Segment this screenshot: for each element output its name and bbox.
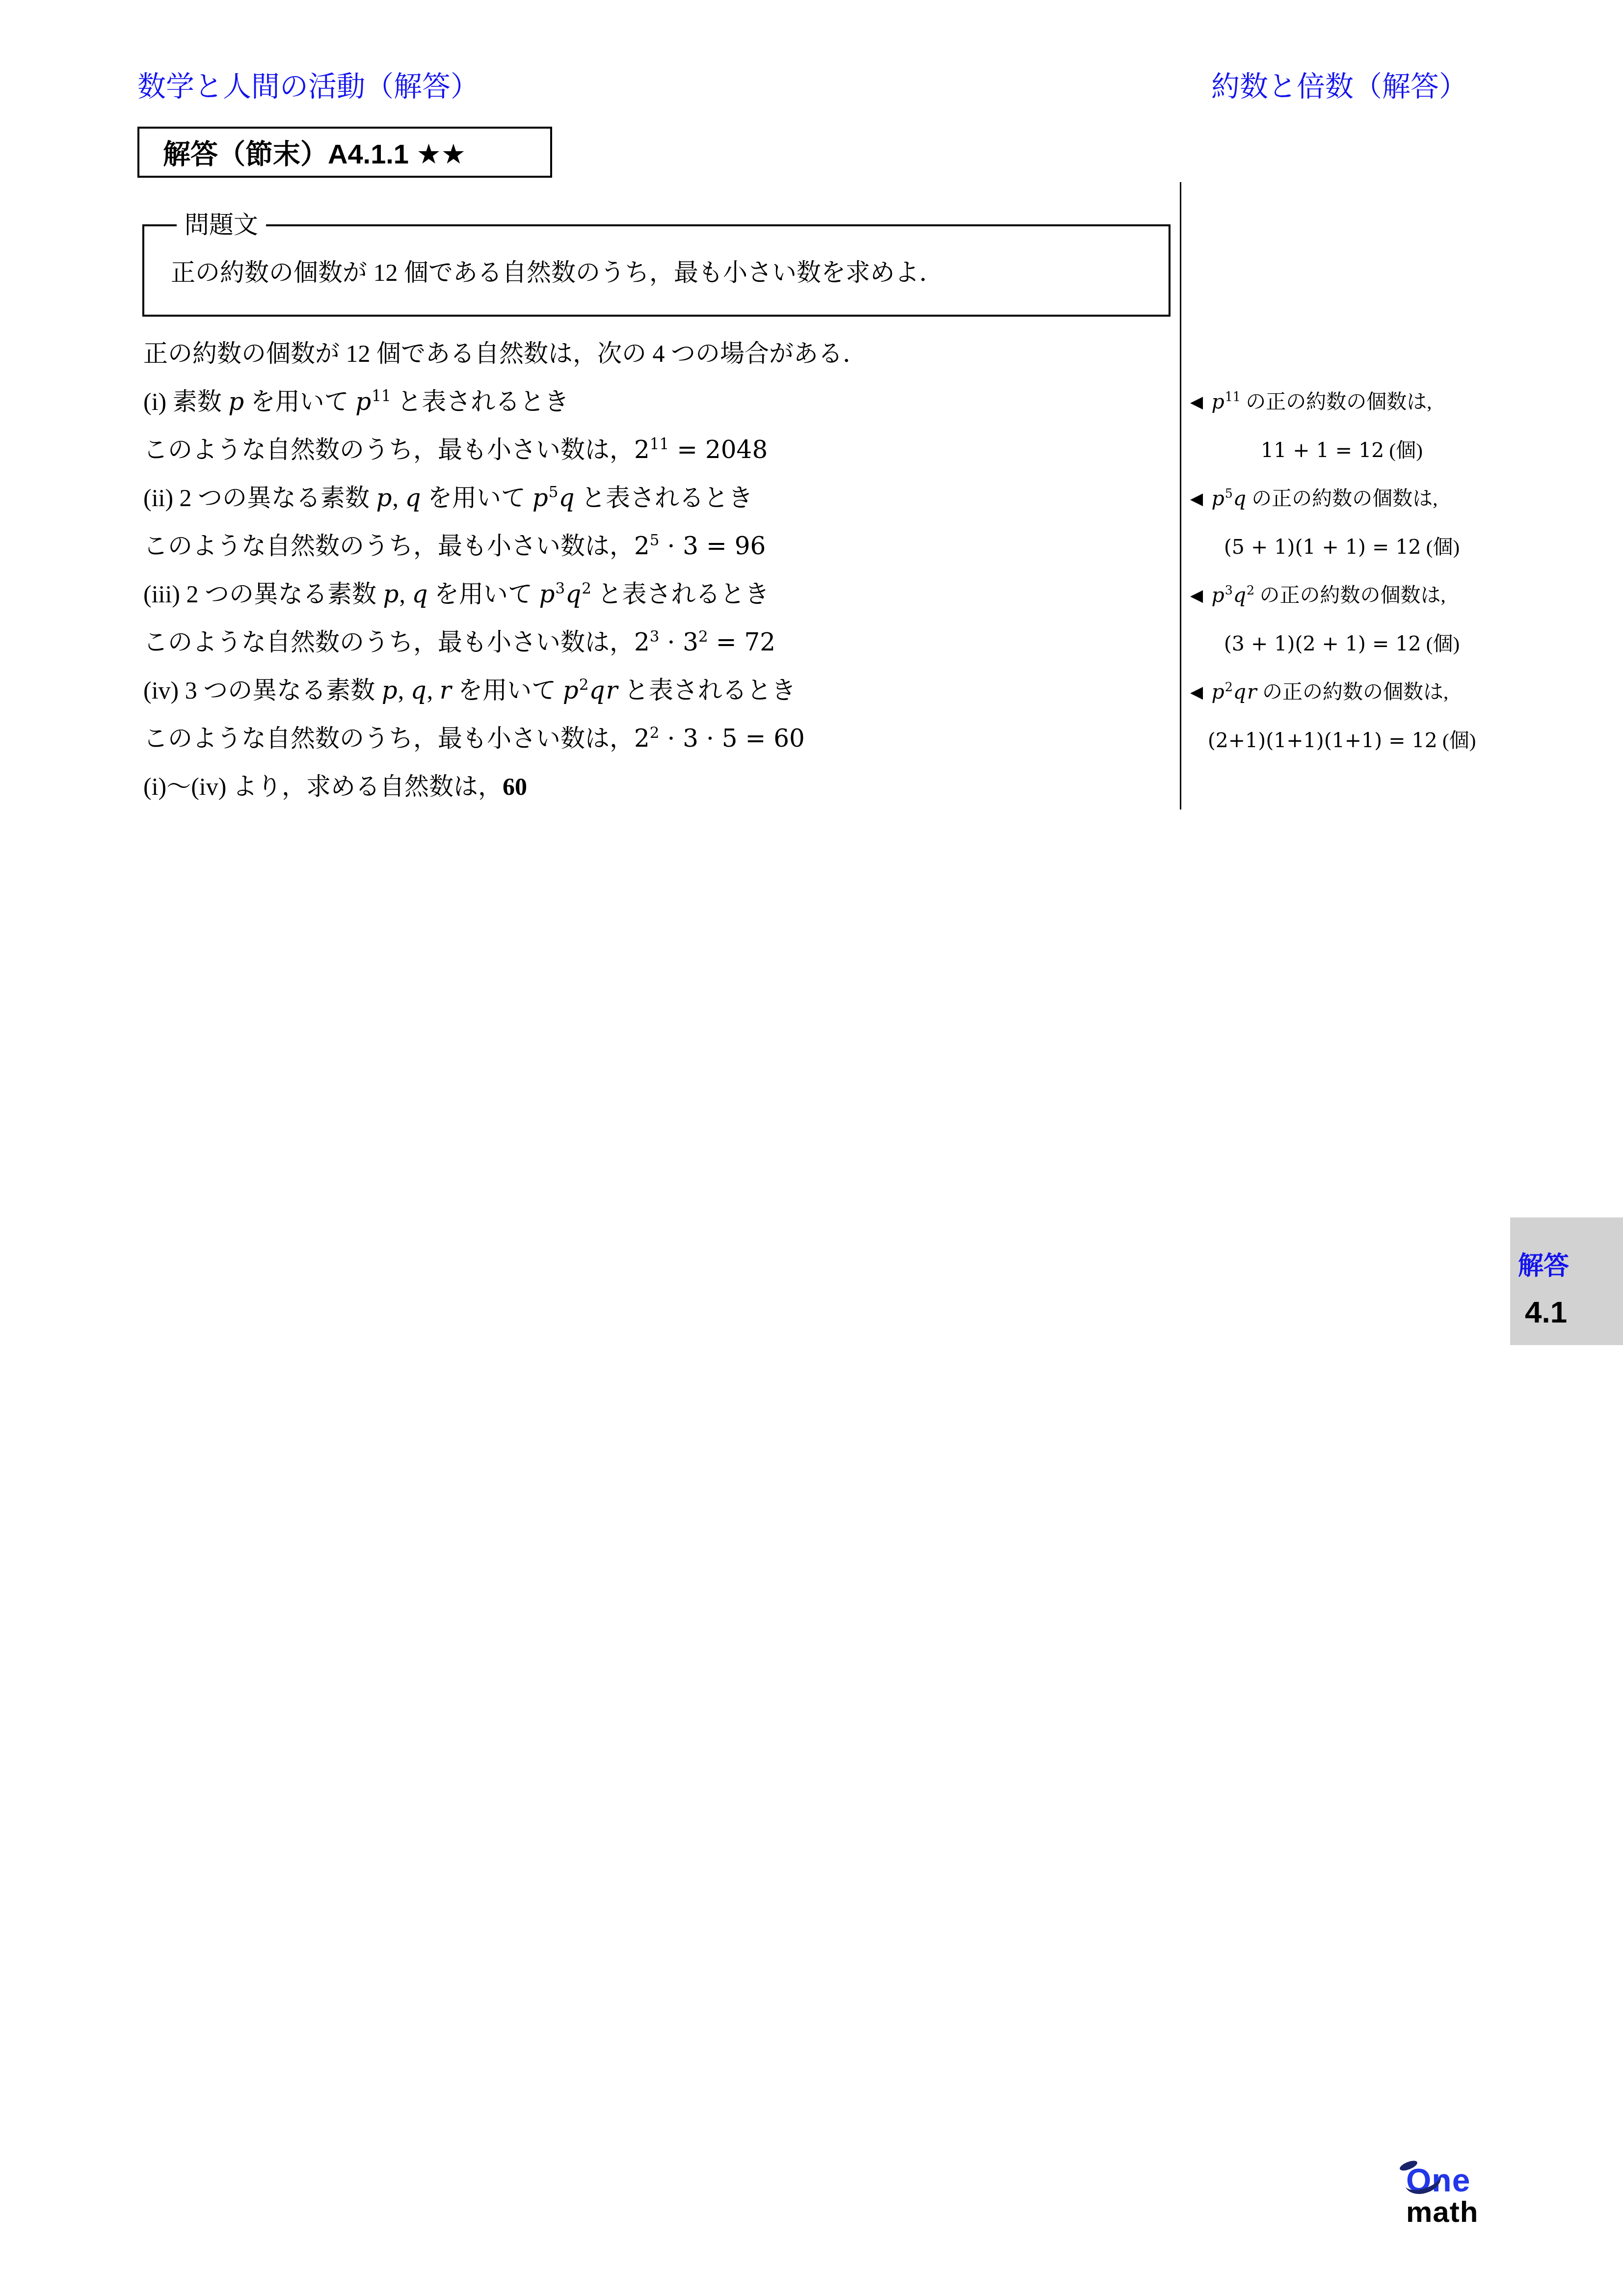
- left-triangle-icon: ◀: [1190, 682, 1206, 702]
- solution-title-box: 解答（節末）A4.1.1 ★★: [137, 127, 552, 178]
- solution-line: (ii) 2 つの異なる素数 p, q を用いて p5q と表されるとき: [143, 474, 1164, 522]
- margin-formula: 11 + 1 = 12 (個): [1190, 426, 1493, 474]
- answer-tab: 解答 4.1: [1510, 1217, 1623, 1345]
- margin-note: ◀ p11 の正の約数の個数は,: [1190, 378, 1493, 426]
- logo-math-text: math: [1406, 2197, 1478, 2227]
- solution-line: (iv) 3 つの異なる素数 p, q, r を用いて p2qr と表されるとき: [143, 666, 1164, 714]
- margin-formula: (3 + 1)(2 + 1) = 12 (個): [1190, 620, 1493, 668]
- margin-notes: ◀ p11 の正の約数の個数は,11 + 1 = 12 (個)◀ p5q の正の…: [1190, 378, 1493, 764]
- solution-line: (i) 素数 p を用いて p11 と表されるとき: [143, 378, 1164, 426]
- solution-line: このような自然数のうち，最も小さい数は，211 = 2048: [143, 426, 1164, 474]
- margin-note: ◀ p3q2 の正の約数の個数は,: [1190, 571, 1493, 620]
- margin-formula: (5 + 1)(1 + 1) = 12 (個): [1190, 523, 1493, 571]
- problem-box: 問題文 正の約数の個数が 12 個である自然数のうち，最も小さい数を求めよ．: [142, 224, 1171, 317]
- problem-label: 問題文: [177, 210, 266, 240]
- solution-line: (i)～(iv) より，求める自然数は，60: [143, 762, 1164, 810]
- left-triangle-icon: ◀: [1190, 586, 1206, 605]
- left-triangle-icon: ◀: [1190, 392, 1206, 412]
- solution-line: このような自然数のうち，最も小さい数は，22 · 3 · 5 = 60: [143, 714, 1164, 762]
- solution-line: このような自然数のうち，最も小さい数は，23 · 32 = 72: [143, 618, 1164, 666]
- logo-one-text: One: [1406, 2164, 1478, 2196]
- page: 数学と人間の活動（解答） 約数と倍数（解答） 解答（節末）A4.1.1 ★★ 問…: [0, 0, 1623, 2296]
- solution-title-text: 解答（節末）A4.1.1 ★★: [163, 133, 466, 172]
- margin-note: ◀ p2qr の正の約数の個数は,: [1190, 668, 1493, 716]
- left-triangle-icon: ◀: [1190, 489, 1206, 509]
- margin-note: ◀ p5q の正の約数の個数は,: [1190, 474, 1493, 523]
- solution-line: 正の約数の個数が 12 個である自然数は，次の 4 つの場合がある．: [143, 329, 1164, 378]
- margin-divider-rule: [1180, 182, 1181, 810]
- header-right-title: 約数と倍数（解答）: [1211, 72, 1467, 102]
- solution-line: このような自然数のうち，最も小さい数は，25 · 3 = 96: [143, 522, 1164, 570]
- onemath-logo: One math: [1406, 2164, 1478, 2227]
- problem-text: 正の約数の個数が 12 個である自然数のうち，最も小さい数を求めよ．: [144, 253, 944, 288]
- answer-tab-number: 4.1: [1525, 1295, 1567, 1330]
- answer-tab-label: 解答: [1518, 1245, 1569, 1282]
- header-left-title: 数学と人間の活動（解答）: [137, 72, 479, 102]
- solution-line: (iii) 2 つの異なる素数 p, q を用いて p3q2 と表されるとき: [143, 570, 1164, 618]
- margin-formula: (2+1)(1+1)(1+1) = 12 (個): [1190, 716, 1493, 764]
- solution-lines: 正の約数の個数が 12 個である自然数は，次の 4 つの場合がある．(i) 素数…: [143, 329, 1164, 810]
